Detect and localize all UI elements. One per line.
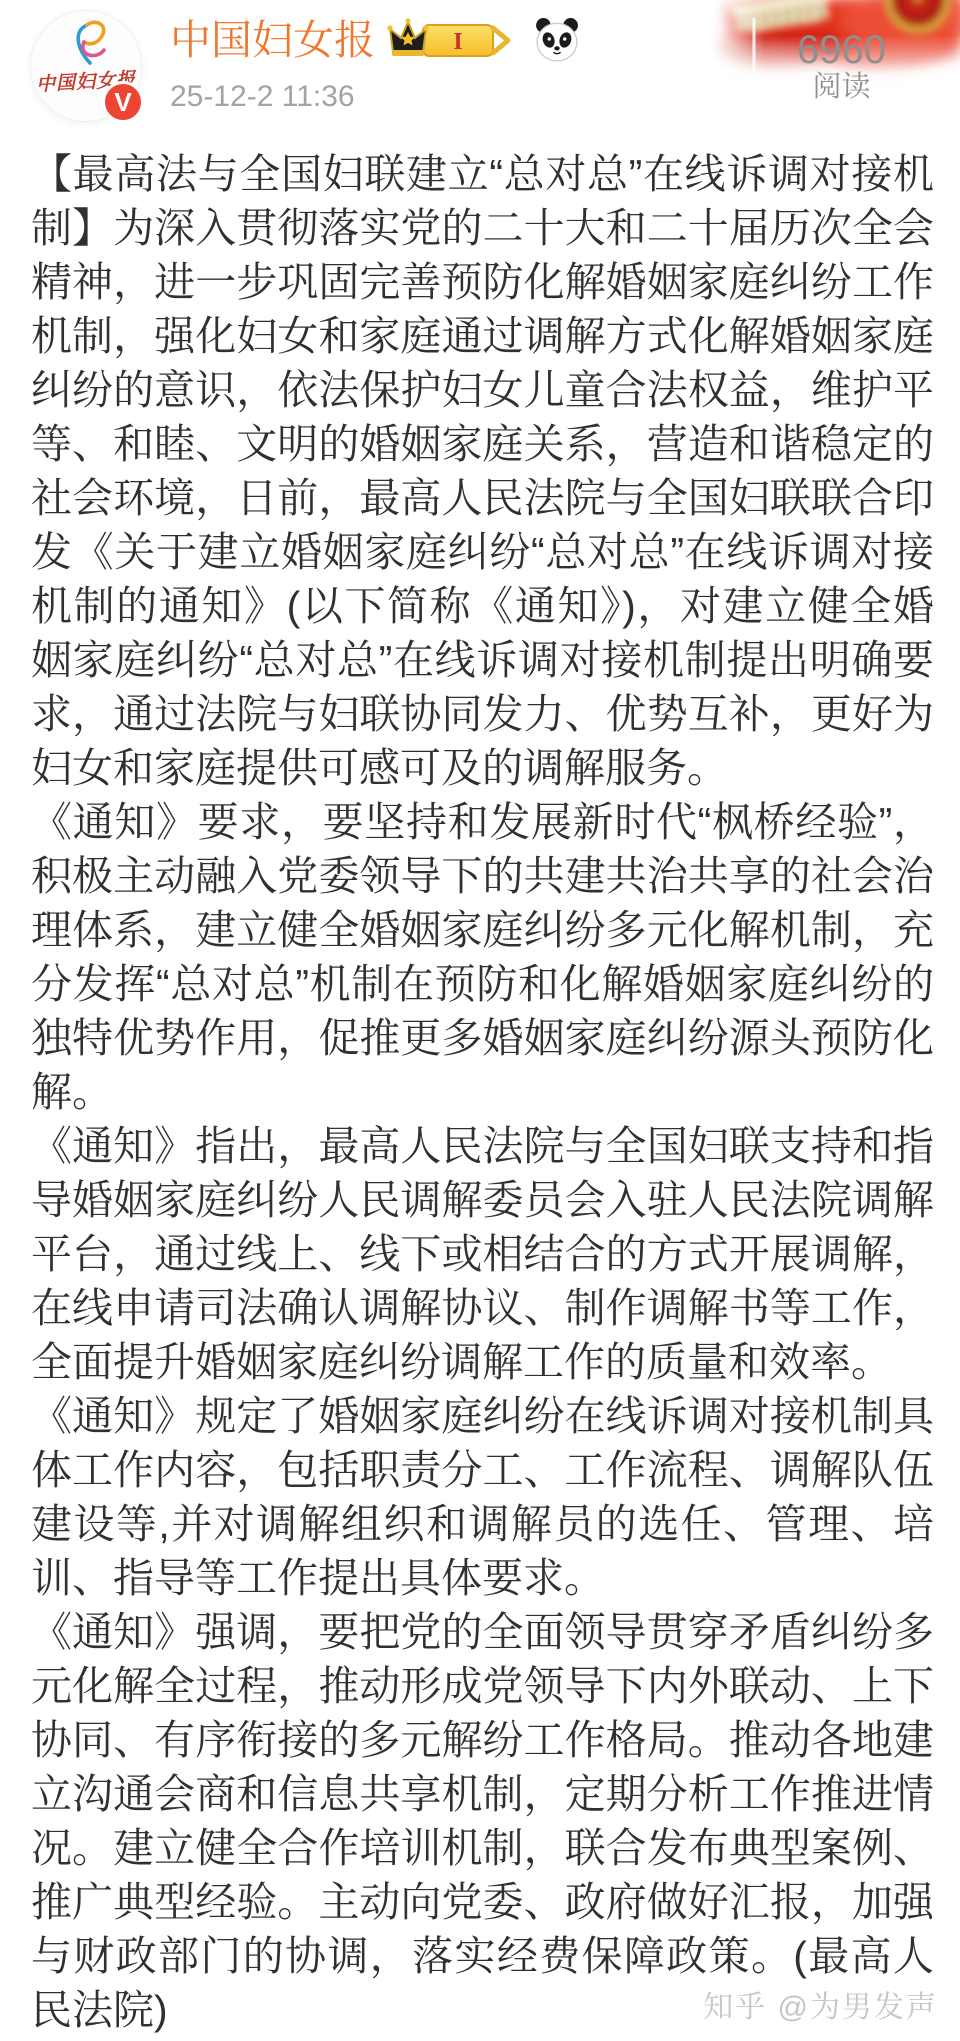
username[interactable]: 中国妇女报 [170, 17, 375, 63]
vip-crown-level-badge[interactable]: I [387, 16, 522, 64]
post-paragraph: 《通知》要求，要坚持和发展新时代“枫桥经验”，积极主动融入党委领导下的共建共治共… [31, 795, 934, 1119]
vip-level-letter: I [453, 29, 462, 55]
avatar[interactable]: 中国妇女报 V [30, 10, 142, 122]
verified-letter: V [114, 87, 131, 118]
user-line: 中国妇女报 I [170, 16, 580, 64]
post-paragraph: 【最高法与全国妇联建立“总对总”在线诉调对接机制】为深入贯彻落实党的二十大和二十… [31, 147, 934, 795]
avatar-logo-swirl-icon [57, 17, 121, 67]
timestamp: 25-12-2 11:36 [170, 80, 355, 114]
read-count: 6960 [797, 30, 886, 70]
post-body: 【最高法与全国妇联建立“总对总”在线诉调对接机制】为深入贯彻落实党的二十大和二十… [0, 147, 960, 2037]
weibo-post-page: 6960 阅读 中国妇女报 V 中国妇女报 I [0, 0, 960, 2041]
verified-badge-icon: V [102, 81, 144, 123]
watermark: 知乎 @为男发声 [703, 1982, 938, 2026]
read-count-label: 阅读 [797, 72, 886, 102]
panda-emoji-icon [534, 17, 580, 63]
crown-badge-icon [387, 18, 428, 56]
post-paragraph: 《通知》规定了婚姻家庭纠纷在线诉调对接机制具体工作内容，包括职责分工、工作流程、… [31, 1389, 934, 1605]
read-count-block: 6960 阅读 [797, 30, 886, 102]
vip-level-tag: I [423, 25, 508, 56]
post-paragraph: 《通知》强调，要把党的全面领导贯穿矛盾纠纷多元化解全过程，推动形成党领导下内外联… [31, 1605, 934, 2037]
post-paragraph: 《通知》指出，最高人民法院与全国妇联支持和指导婚姻家庭纠纷人民调解委员会入驻人民… [31, 1119, 934, 1389]
